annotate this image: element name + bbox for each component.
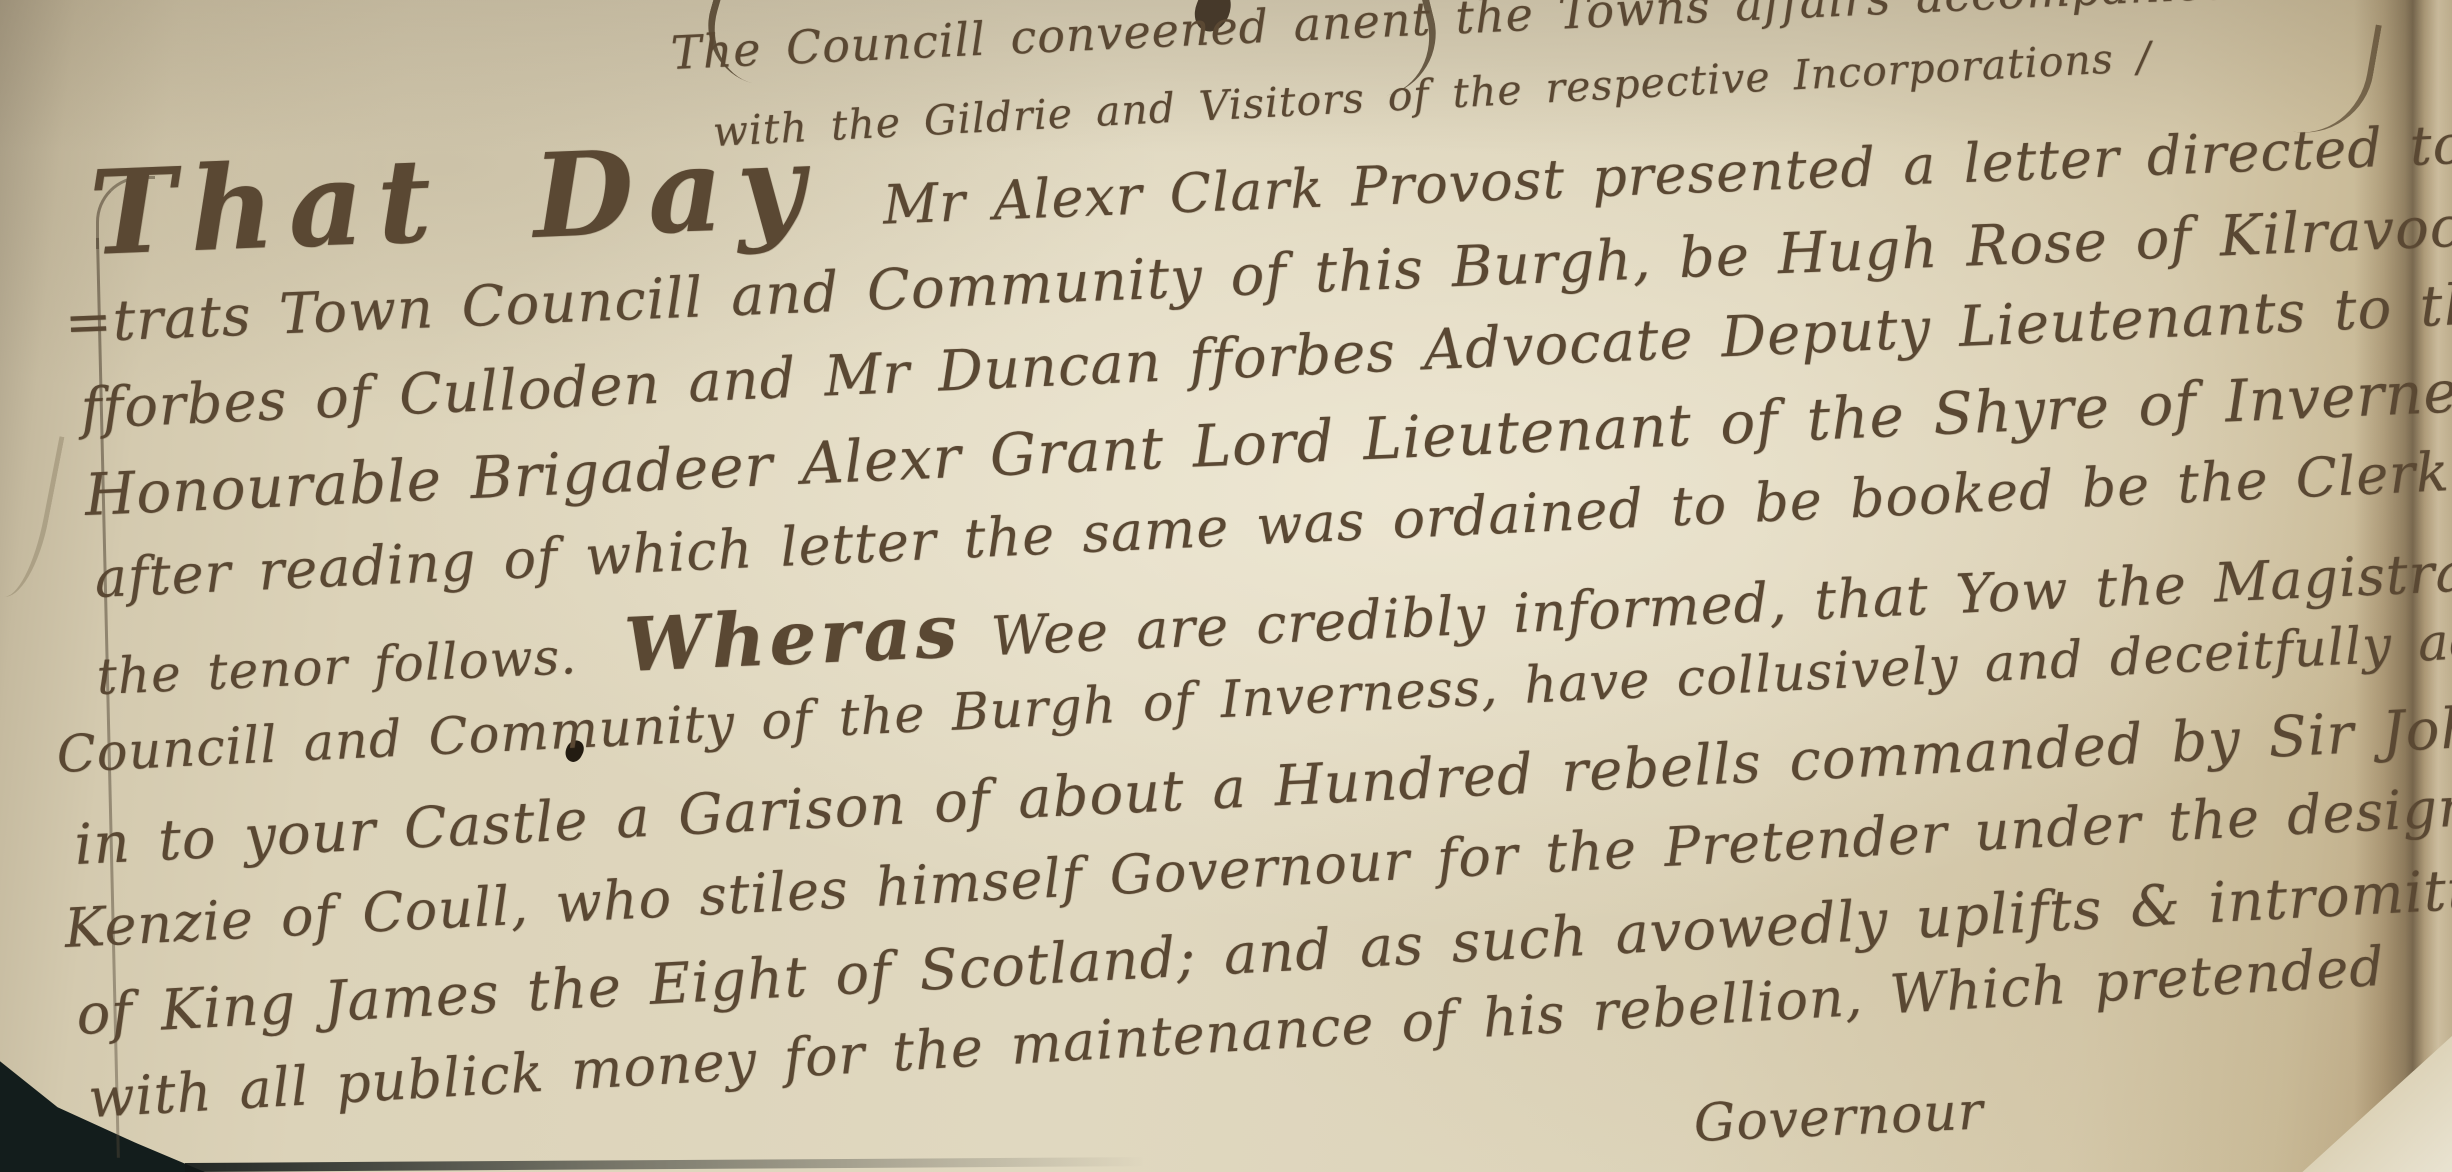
whereas-emphasis: Wheras bbox=[623, 594, 963, 683]
opening-phrase-that-day: That Day bbox=[88, 128, 821, 272]
manuscript-scan-page: The Councill conveened anent the Towns a… bbox=[0, 0, 2452, 1172]
catchword: Governour bbox=[1693, 1085, 1985, 1150]
manuscript-line-text: the tenor follows. bbox=[96, 631, 578, 702]
marginal-ink-traces bbox=[0, 426, 64, 602]
page-bottom-edge-shadow bbox=[185, 1157, 1145, 1172]
